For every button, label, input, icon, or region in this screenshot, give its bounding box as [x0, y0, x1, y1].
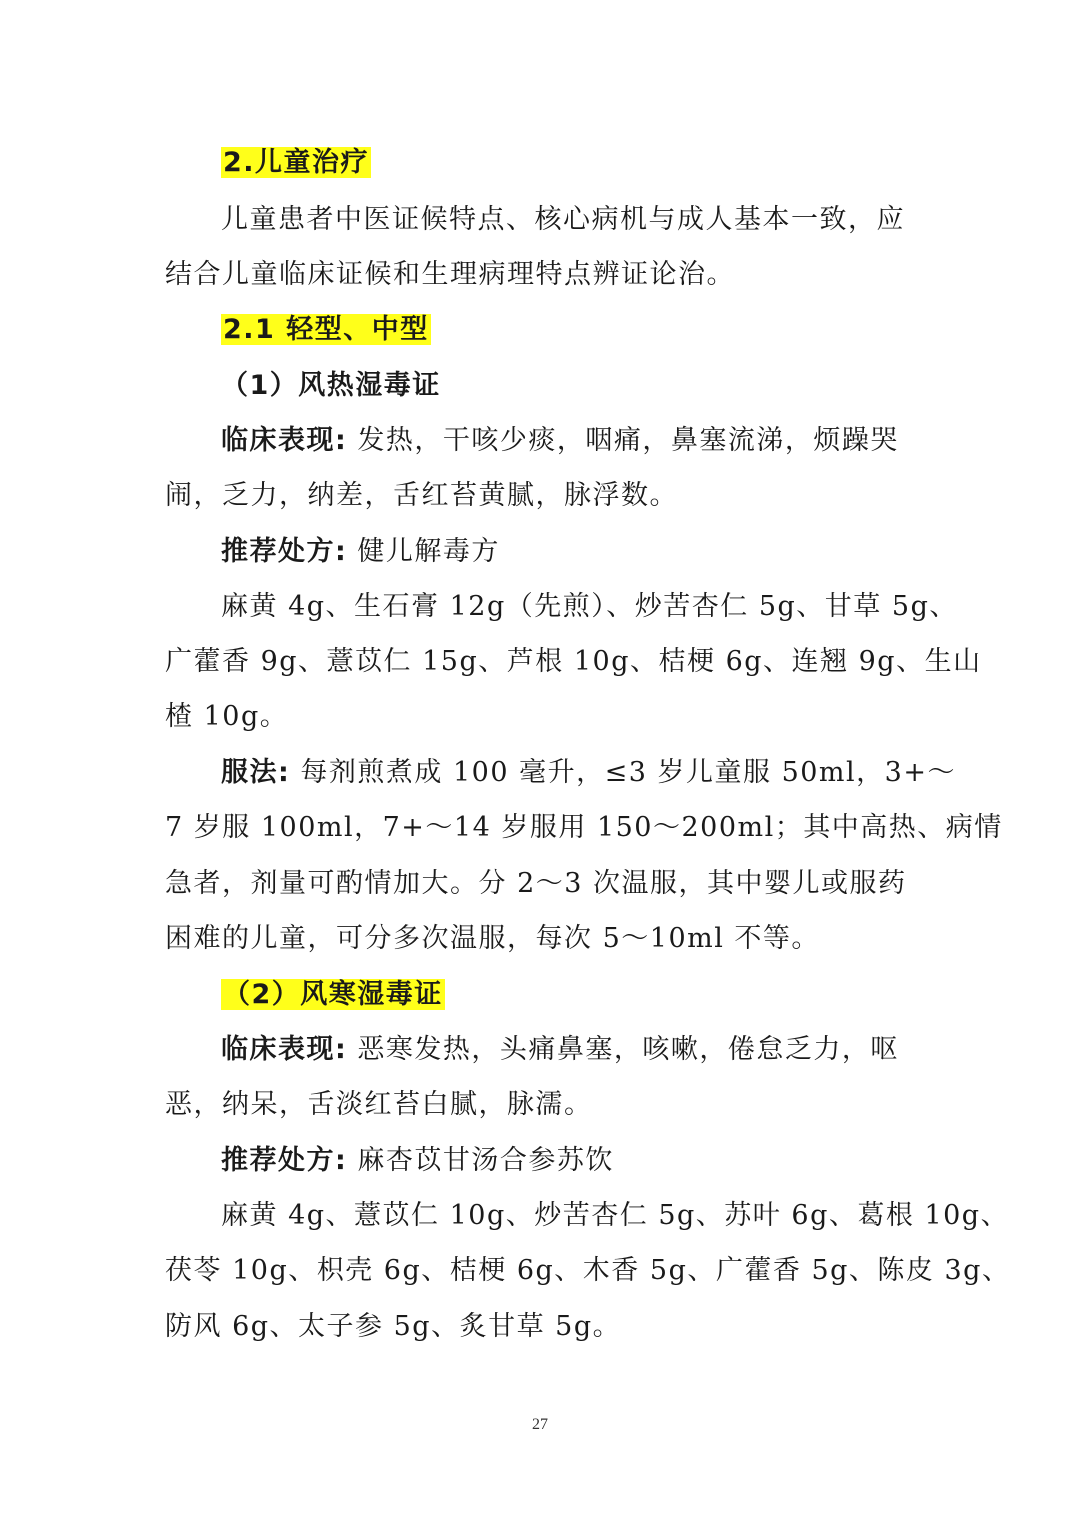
- intro-line-2: 结合儿童临床证候和生理病理特点辨证论治。: [165, 258, 735, 292]
- syndrome-2-title: （2）风寒湿毒证: [221, 978, 445, 1012]
- syndrome-2-clinical-cont: 恶，纳呆，舌淡红苔白腻，脉濡。: [165, 1088, 593, 1122]
- usage-text: 每剂煎煮成 100 毫升，≤3 岁儿童服 50ml，3+～: [300, 757, 956, 788]
- highlighted-syndrome-title: （2）风寒湿毒证: [221, 979, 445, 1010]
- syndrome-1-usage: 服法: 每剂煎煮成 100 毫升，≤3 岁儿童服 50ml，3+～: [221, 756, 956, 790]
- highlighted-heading: 2.儿童治疗: [221, 147, 371, 178]
- section-heading: 2.儿童治疗: [221, 146, 371, 180]
- clinical-label: 临床表现:: [221, 425, 347, 456]
- syndrome-1-usage-2: 7 岁服 100ml，7+～14 岁服用 150～200ml；其中高热、病情: [165, 811, 1003, 845]
- syndrome-1-herbs-2: 广藿香 9g、薏苡仁 15g、芦根 10g、桔梗 6g、连翘 9g、生山: [165, 645, 982, 679]
- subsection-heading: 2.1 轻型、中型: [221, 313, 431, 347]
- prescription-label: 推荐处方:: [221, 536, 347, 567]
- syndrome-2-herbs-3: 防风 6g、太子参 5g、炙甘草 5g。: [165, 1310, 621, 1344]
- syndrome-2-herbs-2: 茯苓 10g、枳壳 6g、桔梗 6g、木香 5g、广藿香 5g、陈皮 3g、: [165, 1254, 1010, 1288]
- highlighted-subheading: 2.1 轻型、中型: [221, 314, 431, 345]
- clinical-text: 发热，干咳少痰，咽痛，鼻塞流涕，烦躁哭: [357, 425, 899, 456]
- usage-label: 服法:: [221, 757, 290, 788]
- syndrome-1-prescription: 推荐处方: 健儿解毒方: [221, 535, 500, 569]
- syndrome-1-clinical: 临床表现: 发热，干咳少痰，咽痛，鼻塞流涕，烦躁哭: [221, 424, 899, 458]
- syndrome-2-clinical: 临床表现: 恶寒发热，头痛鼻塞，咳嗽，倦怠乏力，呕: [221, 1033, 899, 1067]
- syndrome-2-prescription: 推荐处方: 麻杏苡甘汤合参苏饮: [221, 1144, 614, 1178]
- syndrome-1-usage-4: 困难的儿童，可分多次温服，每次 5～10ml 不等。: [165, 922, 820, 956]
- syndrome-1-title: （1）风热湿毒证: [221, 369, 441, 403]
- prescription-name: 健儿解毒方: [357, 536, 500, 567]
- syndrome-1-herbs-3: 楂 10g。: [165, 700, 288, 734]
- syndrome-1-clinical-cont: 闹，乏力，纳差，舌红苔黄腻，脉浮数。: [165, 479, 678, 513]
- clinical-text: 恶寒发热，头痛鼻塞，咳嗽，倦怠乏力，呕: [357, 1034, 899, 1065]
- syndrome-1-usage-3: 急者，剂量可酌情加大。分 2～3 次温服，其中婴儿或服药: [165, 867, 907, 901]
- intro-line-1: 儿童患者中医证候特点、核心病机与成人基本一致，应: [221, 203, 905, 237]
- syndrome-1-herbs-1: 麻黄 4g、生石膏 12g（先煎）、炒苦杏仁 5g、甘草 5g、: [221, 590, 958, 624]
- page-number: 27: [0, 1416, 1080, 1434]
- clinical-label: 临床表现:: [221, 1034, 347, 1065]
- prescription-name: 麻杏苡甘汤合参苏饮: [357, 1145, 614, 1176]
- prescription-label: 推荐处方:: [221, 1145, 347, 1176]
- syndrome-2-herbs-1: 麻黄 4g、薏苡仁 10g、炒苦杏仁 5g、苏叶 6g、葛根 10g、: [221, 1199, 1009, 1233]
